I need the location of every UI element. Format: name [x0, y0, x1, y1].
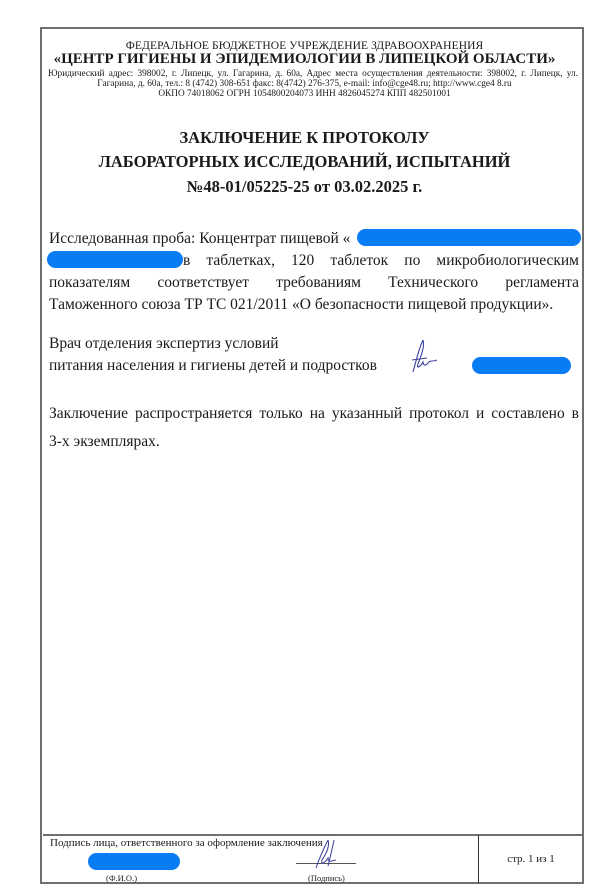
address-line-1: Юридический адрес: 398002, г. Липецк, ул… [48, 69, 578, 79]
footer-divider [43, 834, 582, 836]
redaction-product-name-1 [357, 229, 581, 246]
doctor-title-line-1: Врач отделения экспертиз условий [49, 333, 579, 355]
signature-caption: (Подпись) [308, 873, 345, 883]
note-line-2: 3-х экземплярах. [49, 431, 579, 453]
footer-signature-icon [310, 838, 342, 872]
document-title-line-2: ЛАБОРАТОРНЫХ ИССЛЕДОВАНИЙ, ИСПЫТАНИЙ [0, 152, 609, 172]
protocol-number: №48-01/05225-25 от 03.02.2025 г. [0, 177, 609, 197]
registry-line: ОКПО 74018062 ОГРН 1054800204073 ИНН 482… [0, 89, 609, 99]
sample-text-line-2: в таблетках, 120 таблеток по микробиолог… [183, 250, 579, 272]
redaction-doctor-name [472, 357, 571, 374]
note-line-1: Заключение распространяется только на ук… [49, 403, 579, 425]
responsible-signature-label: Подпись лица, ответственного за оформлен… [50, 837, 323, 849]
sample-text-line-3: показателям соответствует требованиям Те… [49, 272, 579, 294]
address-line-2: Гагарина, д. 60а, тел.: 8 (4742) 308-651… [0, 79, 609, 89]
sample-text-line-4: Таможенного союза ТР ТС 021/2011 «О безо… [49, 294, 579, 316]
fio-caption: (Ф.И.О.) [106, 873, 137, 883]
org-name: «ЦЕНТР ГИГИЕНЫ И ЭПИДЕМИОЛОГИИ В ЛИПЕЦКО… [0, 51, 609, 68]
footer-column-divider [478, 835, 479, 883]
doctor-signature-icon [409, 338, 439, 374]
redaction-product-name-2 [47, 251, 183, 268]
redaction-responsible-name [88, 853, 180, 870]
document-title-line-1: ЗАКЛЮЧЕНИЕ К ПРОТОКОЛУ [0, 128, 609, 148]
page-number: стр. 1 из 1 [480, 853, 582, 865]
